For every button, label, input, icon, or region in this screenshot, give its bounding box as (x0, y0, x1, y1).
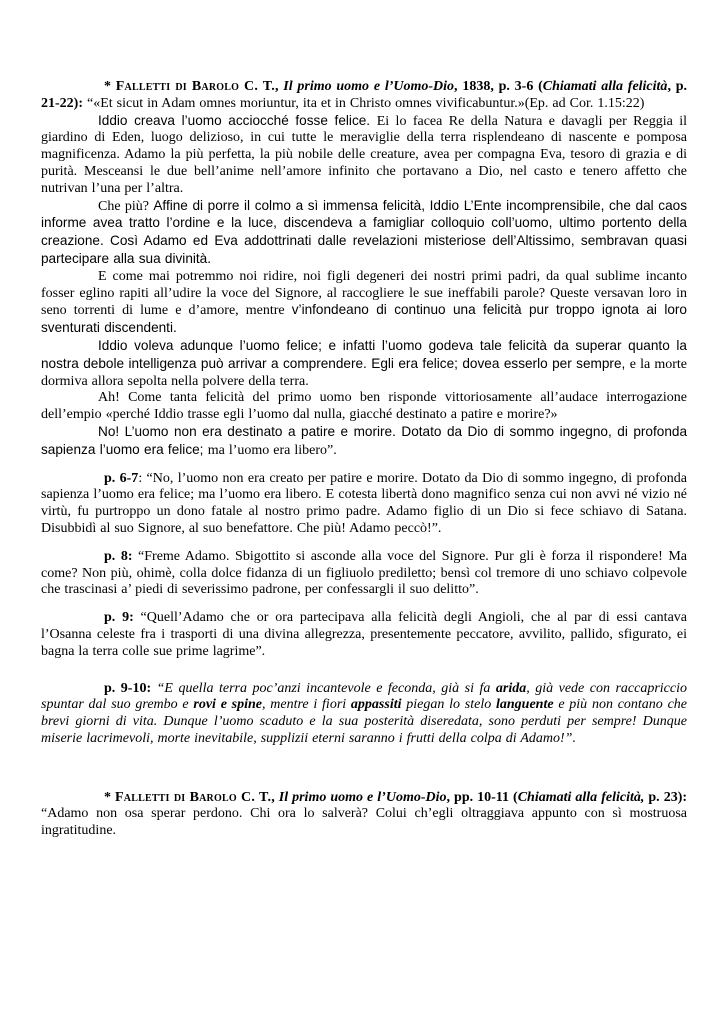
text-run: rovi e spine (193, 697, 262, 712)
text-run: “«Et sicut in Adam omnes moriuntur, ita … (87, 96, 644, 111)
text-run: Falletti di Barolo C. T. (116, 79, 275, 94)
text-run: * (104, 790, 115, 805)
text-run: : “No, l’uomo non era creato per patire … (41, 471, 691, 536)
text-run: ma l’uomo era libero”. (208, 443, 337, 458)
body-paragraph-1: Iddio creava l’uomo acciocché fosse feli… (41, 113, 687, 198)
text-run: Falletti di Barolo C. T. (115, 790, 271, 805)
text-run: “Freme Adamo. Sbigottito si asconde alla… (41, 549, 691, 598)
text-run: Chiamati alla felicità, (518, 790, 645, 805)
text-run: Che più? (98, 199, 153, 214)
text-run: arida (496, 681, 526, 696)
text-run: No! L’uomo non era destinato a patire e … (41, 424, 691, 457)
body-paragraph-4: Iddio voleva adunque l’uomo felice; e in… (41, 338, 687, 390)
text-run: Il primo uomo e l’Uomo-Dio (283, 79, 454, 94)
page-quote-6-7: p. 6-7: “No, l’uomo non era creato per p… (41, 471, 687, 538)
text-run: , mentre i fiori (262, 697, 351, 712)
body-paragraph-2: Che più? Affine di porre il colmo a sì i… (41, 198, 687, 269)
text-run: p. 23): (644, 790, 691, 805)
text-run: Chiamati alla felicità (543, 79, 668, 94)
text-run: , pp. 10-11 ( (447, 790, 518, 805)
text-run: piegan lo stelo (402, 697, 496, 712)
source-citation-1: * Falletti di Barolo C. T., Il primo uom… (41, 79, 687, 113)
page-quote-9-10: p. 9-10: “E quella terra poc’anzi incant… (41, 681, 687, 748)
text-run: appassiti (351, 697, 402, 712)
page-quote-9: p. 9: “Quell’Adamo che or ora partecipav… (41, 610, 687, 660)
body-paragraph-5: Ah! Come tanta felicità del primo uomo b… (41, 390, 687, 424)
text-run: , (271, 790, 279, 805)
page-quote-8: p. 8: “Freme Adamo. Sbigottito si ascond… (41, 549, 687, 599)
text-run: p. 8: (104, 549, 133, 564)
body-paragraph-6: No! L’uomo non era destinato a patire e … (41, 424, 687, 460)
text-run: , 1838, p. 3-6 ( (454, 79, 543, 94)
text-run: p. 9: (104, 610, 134, 625)
text-run: “E quella terra poc’anzi incantevole e f… (151, 681, 496, 696)
body-paragraph-3: E come mai potremmo noi ridire, noi figl… (41, 269, 687, 338)
text-run: p. 6-7 (104, 471, 138, 486)
text-run: Iddio voleva adunque l’uomo felice; e in… (41, 338, 691, 371)
document-body: * Falletti di Barolo C. T., Il primo uom… (41, 79, 687, 840)
text-run: p. 9-10: (104, 681, 151, 696)
source-citation-2: * Falletti di Barolo C. T., Il primo uom… (41, 790, 687, 840)
text-run: Iddio creava l’uomo acciocché fosse feli… (98, 113, 377, 128)
text-run: “Adamo non osa sperar perdono. Chi ora l… (41, 806, 691, 838)
text-run: languente (496, 697, 554, 712)
text-run: “Quell’Adamo che or ora partecipava alla… (41, 610, 691, 659)
text-run: Il primo uomo e l’Uomo-Dio (279, 790, 447, 805)
text-run: * (104, 79, 116, 94)
text-run: Ah! Come tanta felicità del primo uomo b… (41, 390, 691, 422)
document-page: * Falletti di Barolo C. T., Il primo uom… (0, 0, 725, 1024)
